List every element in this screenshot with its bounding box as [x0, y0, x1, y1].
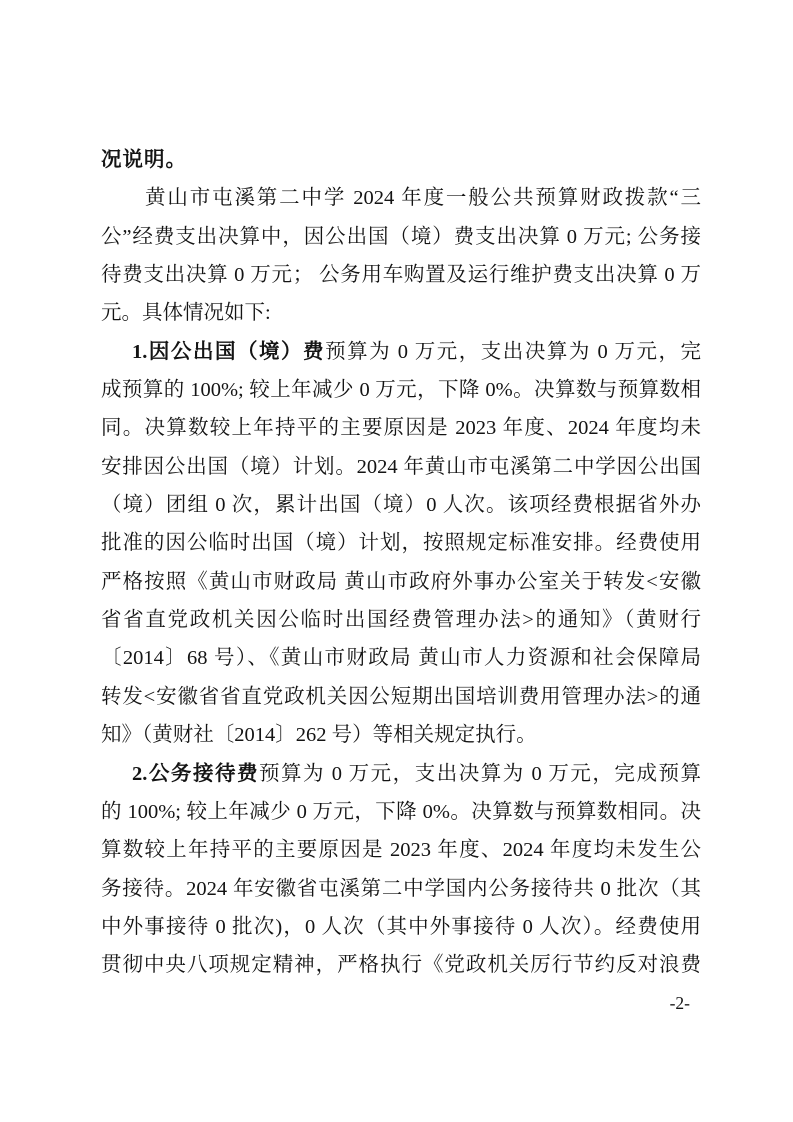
text-line: 待费支出决算 0 万元； 公务用车购置及运行维护费支出决算 0 万: [101, 256, 701, 294]
document-body: 况说明。 黄山市屯溪第二中学 2024 年度一般公共预算财政拨款“三公”经费支出…: [101, 141, 701, 985]
text-line: 中外事接待 0 批次)，0 人次（其中外事接待 0 人次）。经费使用: [101, 908, 701, 946]
section-heading-continuation: 况说明。: [101, 141, 701, 179]
document-page: 况说明。 黄山市屯溪第二中学 2024 年度一般公共预算财政拨款“三公”经费支出…: [0, 0, 793, 1122]
text-line: 转发<安徽省省直党政机关因公短期出国培训费用管理办法>的通: [101, 678, 701, 716]
text-line: （境）团组 0 次，累计出国（境）0 人次。该项经费根据省外办: [101, 486, 701, 524]
text-line: 成预算的 100%; 较上年减少 0 万元，下降 0%。决算数与预算数相: [101, 371, 701, 409]
page-number: -2-: [670, 993, 690, 1013]
text-line: 同。决算数较上年持平的主要原因是 2023 年度、2024 年度均未: [101, 409, 701, 447]
text-line: 2.公务接待费预算为 0 万元，支出决算为 0 万元，完成预算: [101, 755, 701, 793]
text-line: 元。具体情况如下:: [101, 294, 701, 332]
text-line: 省省直党政机关因公临时出国经费管理办法>的通知》（黄财行: [101, 601, 701, 639]
text-line: 1.因公出国（境）费预算为 0 万元，支出决算为 0 万元，完: [101, 333, 701, 371]
text-line: 〔2014〕68 号）、《黄山市财政局 黄山市人力资源和社会保障局: [101, 639, 701, 677]
text-line: 严格按照《黄山市财政局 黄山市政府外事办公室关于转发<安徽: [101, 563, 701, 601]
text-line: 贯彻中央八项规定精神，严格执行《党政机关厉行节约反对浪费: [101, 946, 701, 984]
text-line: 算数较上年持平的主要原因是 2023 年度、2024 年度均未发生公: [101, 831, 701, 869]
bold-run: 2.公务接待费: [132, 763, 259, 785]
text-line: 黄山市屯溪第二中学 2024 年度一般公共预算财政拨款“三: [101, 179, 701, 217]
text-line: 安排因公出国（境）计划。2024 年黄山市屯溪第二中学因公出国: [101, 448, 701, 486]
paragraphs-container: 黄山市屯溪第二中学 2024 年度一般公共预算财政拨款“三公”经费支出决算中，因…: [101, 179, 701, 984]
text-line: 批准的因公临时出国（境）计划，按照规定标准安排。经费使用: [101, 524, 701, 562]
text-line: 知》（黄财社〔2014〕262 号）等相关规定执行。: [101, 716, 701, 754]
text-line: 务接待。2024 年安徽省屯溪第二中学国内公务接待共 0 批次（其: [101, 870, 701, 908]
bold-run: 1.因公出国（境）费: [132, 341, 325, 363]
text-line: 公”经费支出决算中，因公出国（境）费支出决算 0 万元; 公务接: [101, 218, 701, 256]
text-line: 的 100%; 较上年减少 0 万元，下降 0%。决算数与预算数相同。决: [101, 793, 701, 831]
